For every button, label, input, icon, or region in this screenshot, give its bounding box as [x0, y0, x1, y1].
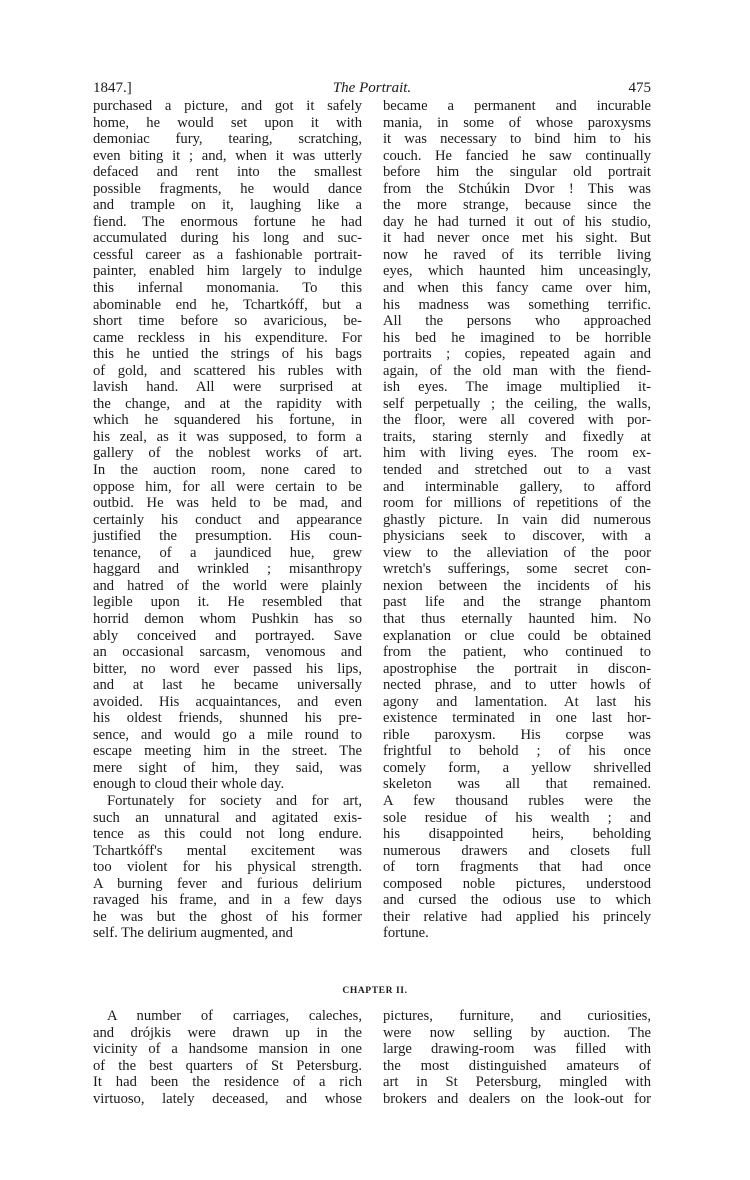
text-line: accumulated during his long and suc- [93, 230, 362, 247]
text-line: brokers and dealers on the look-out for [383, 1091, 651, 1108]
text-line: A number of carriages, caleches, [93, 1008, 362, 1025]
text-line: oppose him, for all were certain to be [93, 479, 362, 496]
text-line: numerous drawers and closets full [383, 843, 651, 860]
text-line: the floor, were all covered with por- [383, 412, 651, 429]
text-line: lavish hand. All were surprised at [93, 379, 362, 396]
text-line: an occasional sarcasm, venomous and [93, 644, 362, 661]
text-line: and cursed the odious use to which [383, 892, 651, 909]
text-line: ish eyes. The image multiplied it- [383, 379, 651, 396]
text-line: that thus eternally haunted him. No [383, 611, 651, 628]
text-line: ghastly picture. In vain did numerous [383, 512, 651, 529]
column-left-bottom: A number of carriages, caleches,and drój… [93, 1008, 362, 1107]
text-line: Fortunately for society and for art, [93, 793, 362, 810]
text-line: his disappointed heirs, beholding [383, 826, 651, 843]
text-line: vicinity of a handsome mansion in one [93, 1041, 362, 1058]
text-line: painter, enabled him largely to indulge [93, 263, 362, 280]
text-line: mere sight of him, they said, was [93, 760, 362, 777]
text-line: room for millions of repetitions of the [383, 495, 651, 512]
text-line: In the auction room, none cared to [93, 462, 362, 479]
text-line: rible paroxysm. His corpse was [383, 727, 651, 744]
text-line: which he squandered his fortune, in [93, 412, 362, 429]
text-line: short time before so avaricious, be- [93, 313, 362, 330]
text-line: of gold, and scattered his rubles with [93, 363, 362, 380]
text-line: and interminable gallery, to afford [383, 479, 651, 496]
text-line: mania, in some of whose paroxysms [383, 115, 651, 132]
text-line: justified the presumption. His coun- [93, 528, 362, 545]
text-line: All the persons who approached [383, 313, 651, 330]
text-line: from the Stchúkin Dvor ! This was [383, 181, 651, 198]
text-line: fiend. The enormous fortune he had [93, 214, 362, 231]
text-line: the most distinguished amateurs of [383, 1058, 651, 1075]
text-line: purchased a picture, and got it safely [93, 98, 362, 115]
text-line: the change, and at the rapidity with [93, 396, 362, 413]
book-page: 1847.] The Portrait. 475 purchased a pic… [0, 0, 750, 1180]
text-line: it was necessary to bind him to his [383, 131, 651, 148]
page-number: 475 [629, 78, 652, 98]
text-line: and when this fancy came over him, [383, 280, 651, 297]
text-line: existence terminated in one last hor- [383, 710, 651, 727]
column-left-top: purchased a picture, and got it safelyho… [93, 98, 362, 942]
text-line: avoided. His acquaintances, and even [93, 694, 362, 711]
text-line: him with living eyes. The room ex- [383, 445, 651, 462]
chapter-heading: CHAPTER II. [0, 984, 750, 998]
text-line: couch. He fancied he saw continually [383, 148, 651, 165]
text-line: sole residue of his wealth ; and [383, 810, 651, 827]
text-line: day he had turned it out of his studio, [383, 214, 651, 231]
text-line: legible upon it. He resembled that [93, 594, 362, 611]
text-line: his zeal, as it was supposed, to form a [93, 429, 362, 446]
text-line: self. The delirium augmented, and [93, 925, 362, 942]
text-line: tence as this could not long endure. [93, 826, 362, 843]
text-line: traits, staring sternly and fixedly at [383, 429, 651, 446]
text-line: tenance, of a jaundiced hue, grew [93, 545, 362, 562]
text-line: art in St Petersburg, mingled with [383, 1074, 651, 1091]
text-line: eyes, which haunted him unceasingly, [383, 263, 651, 280]
text-line: and trample on it, laughing like a [93, 197, 362, 214]
text-line: pictures, furniture, and curiosities, [383, 1008, 651, 1025]
text-line: A few thousand rubles were the [383, 793, 651, 810]
running-head: 1847.] The Portrait. 475 [93, 78, 651, 98]
text-line: cessful career as a fashionable portrait… [93, 247, 362, 264]
text-line: physicians seek to discover, with a [383, 528, 651, 545]
text-line: home, he would set upon it with [93, 115, 362, 132]
text-line: now he raved of its terrible living [383, 247, 651, 264]
text-line: and hatred of the world were plainly [93, 578, 362, 595]
text-line: gallery of the noblest works of art. [93, 445, 362, 462]
text-line: past life and the strange phantom [383, 594, 651, 611]
text-line: were now selling by auction. The [383, 1025, 651, 1042]
text-line: certainly his conduct and appearance [93, 512, 362, 529]
text-line: frightful to behold ; of his once [383, 743, 651, 760]
text-line: again, of the old man with the fiend- [383, 363, 651, 380]
text-line: demoniac fury, tearing, scratching, [93, 131, 362, 148]
text-line: it had never once met his sight. But [383, 230, 651, 247]
text-line: enough to cloud their whole day. [93, 776, 362, 793]
text-line: his bed he imagined to be horrible [383, 330, 651, 347]
text-line: possible fragments, he would dance [93, 181, 362, 198]
text-line: of the best quarters of St Petersburg. [93, 1058, 362, 1075]
text-line: virtuoso, lately deceased, and whose [93, 1091, 362, 1108]
column-right-bottom: pictures, furniture, and curiosities,wer… [383, 1008, 651, 1107]
text-line: outbid. He was held to be mad, and [93, 495, 362, 512]
text-line: wretch's sufferings, some secret con- [383, 561, 651, 578]
text-line: A burning fever and furious delirium [93, 876, 362, 893]
text-line: even biting it ; and, when it was utterl… [93, 148, 362, 165]
running-head-title: The Portrait. [93, 78, 651, 98]
text-line: nexion between the incidents of his [383, 578, 651, 595]
text-line: he was but the ghost of his former [93, 909, 362, 926]
text-line: defaced and rent into the smallest [93, 164, 362, 181]
text-line: their relative had applied his princely [383, 909, 651, 926]
text-line: too violent for his physical strength. [93, 859, 362, 876]
text-line: and drójkis were drawn up in the [93, 1025, 362, 1042]
text-line: explanation or clue could be obtained [383, 628, 651, 645]
text-line: composed noble pictures, understood [383, 876, 651, 893]
text-line: became a permanent and incurable [383, 98, 651, 115]
text-line: his madness was something terrific. [383, 297, 651, 314]
text-line: such an unnatural and agitated exis- [93, 810, 362, 827]
text-line: of torn fragments that had once [383, 859, 651, 876]
text-line: ably conceived and portrayed. Save [93, 628, 362, 645]
text-line: horrid demon whom Pushkin has so [93, 611, 362, 628]
text-line: agony and lamentation. At last his [383, 694, 651, 711]
text-line: tended and stretched out to a vast [383, 462, 651, 479]
text-line: this he untied the strings of his bags [93, 346, 362, 363]
text-line: view to the alleviation of the poor [383, 545, 651, 562]
text-line: comely form, a yellow shrivelled [383, 760, 651, 777]
text-line: this infernal monomania. To this [93, 280, 362, 297]
text-line: skeleton was all that remained. [383, 776, 651, 793]
text-line: nected phrase, and to utter howls of [383, 677, 651, 694]
text-line: large drawing-room was filled with [383, 1041, 651, 1058]
text-line: ravaged his frame, and in a few days [93, 892, 362, 909]
text-line: before him the singular old portrait [383, 164, 651, 181]
text-line: portraits ; copies, repeated again and [383, 346, 651, 363]
text-line: came reckless in his expenditure. For [93, 330, 362, 347]
text-line: apostrophise the portrait in discon- [383, 661, 651, 678]
text-line: It had been the residence of a rich [93, 1074, 362, 1091]
text-line: escape meeting him in the street. The [93, 743, 362, 760]
text-line: abominable end he, Tchartkóff, but a [93, 297, 362, 314]
text-line: from the patient, who continued to [383, 644, 651, 661]
text-line: and at last he became universally [93, 677, 362, 694]
text-line: sence, and would go a mile round to [93, 727, 362, 744]
text-line: haggard and wrinkled ; misanthropy [93, 561, 362, 578]
text-line: Tchartkóff's mental excitement was [93, 843, 362, 860]
text-line: his oldest friends, shunned his pre- [93, 710, 362, 727]
text-line: the more strange, because since the [383, 197, 651, 214]
column-right-top: became a permanent and incurablemania, i… [383, 98, 651, 942]
text-line: bitter, no word ever passed his lips, [93, 661, 362, 678]
text-line: fortune. [383, 925, 651, 942]
text-line: self perpetually ; the ceiling, the wall… [383, 396, 651, 413]
